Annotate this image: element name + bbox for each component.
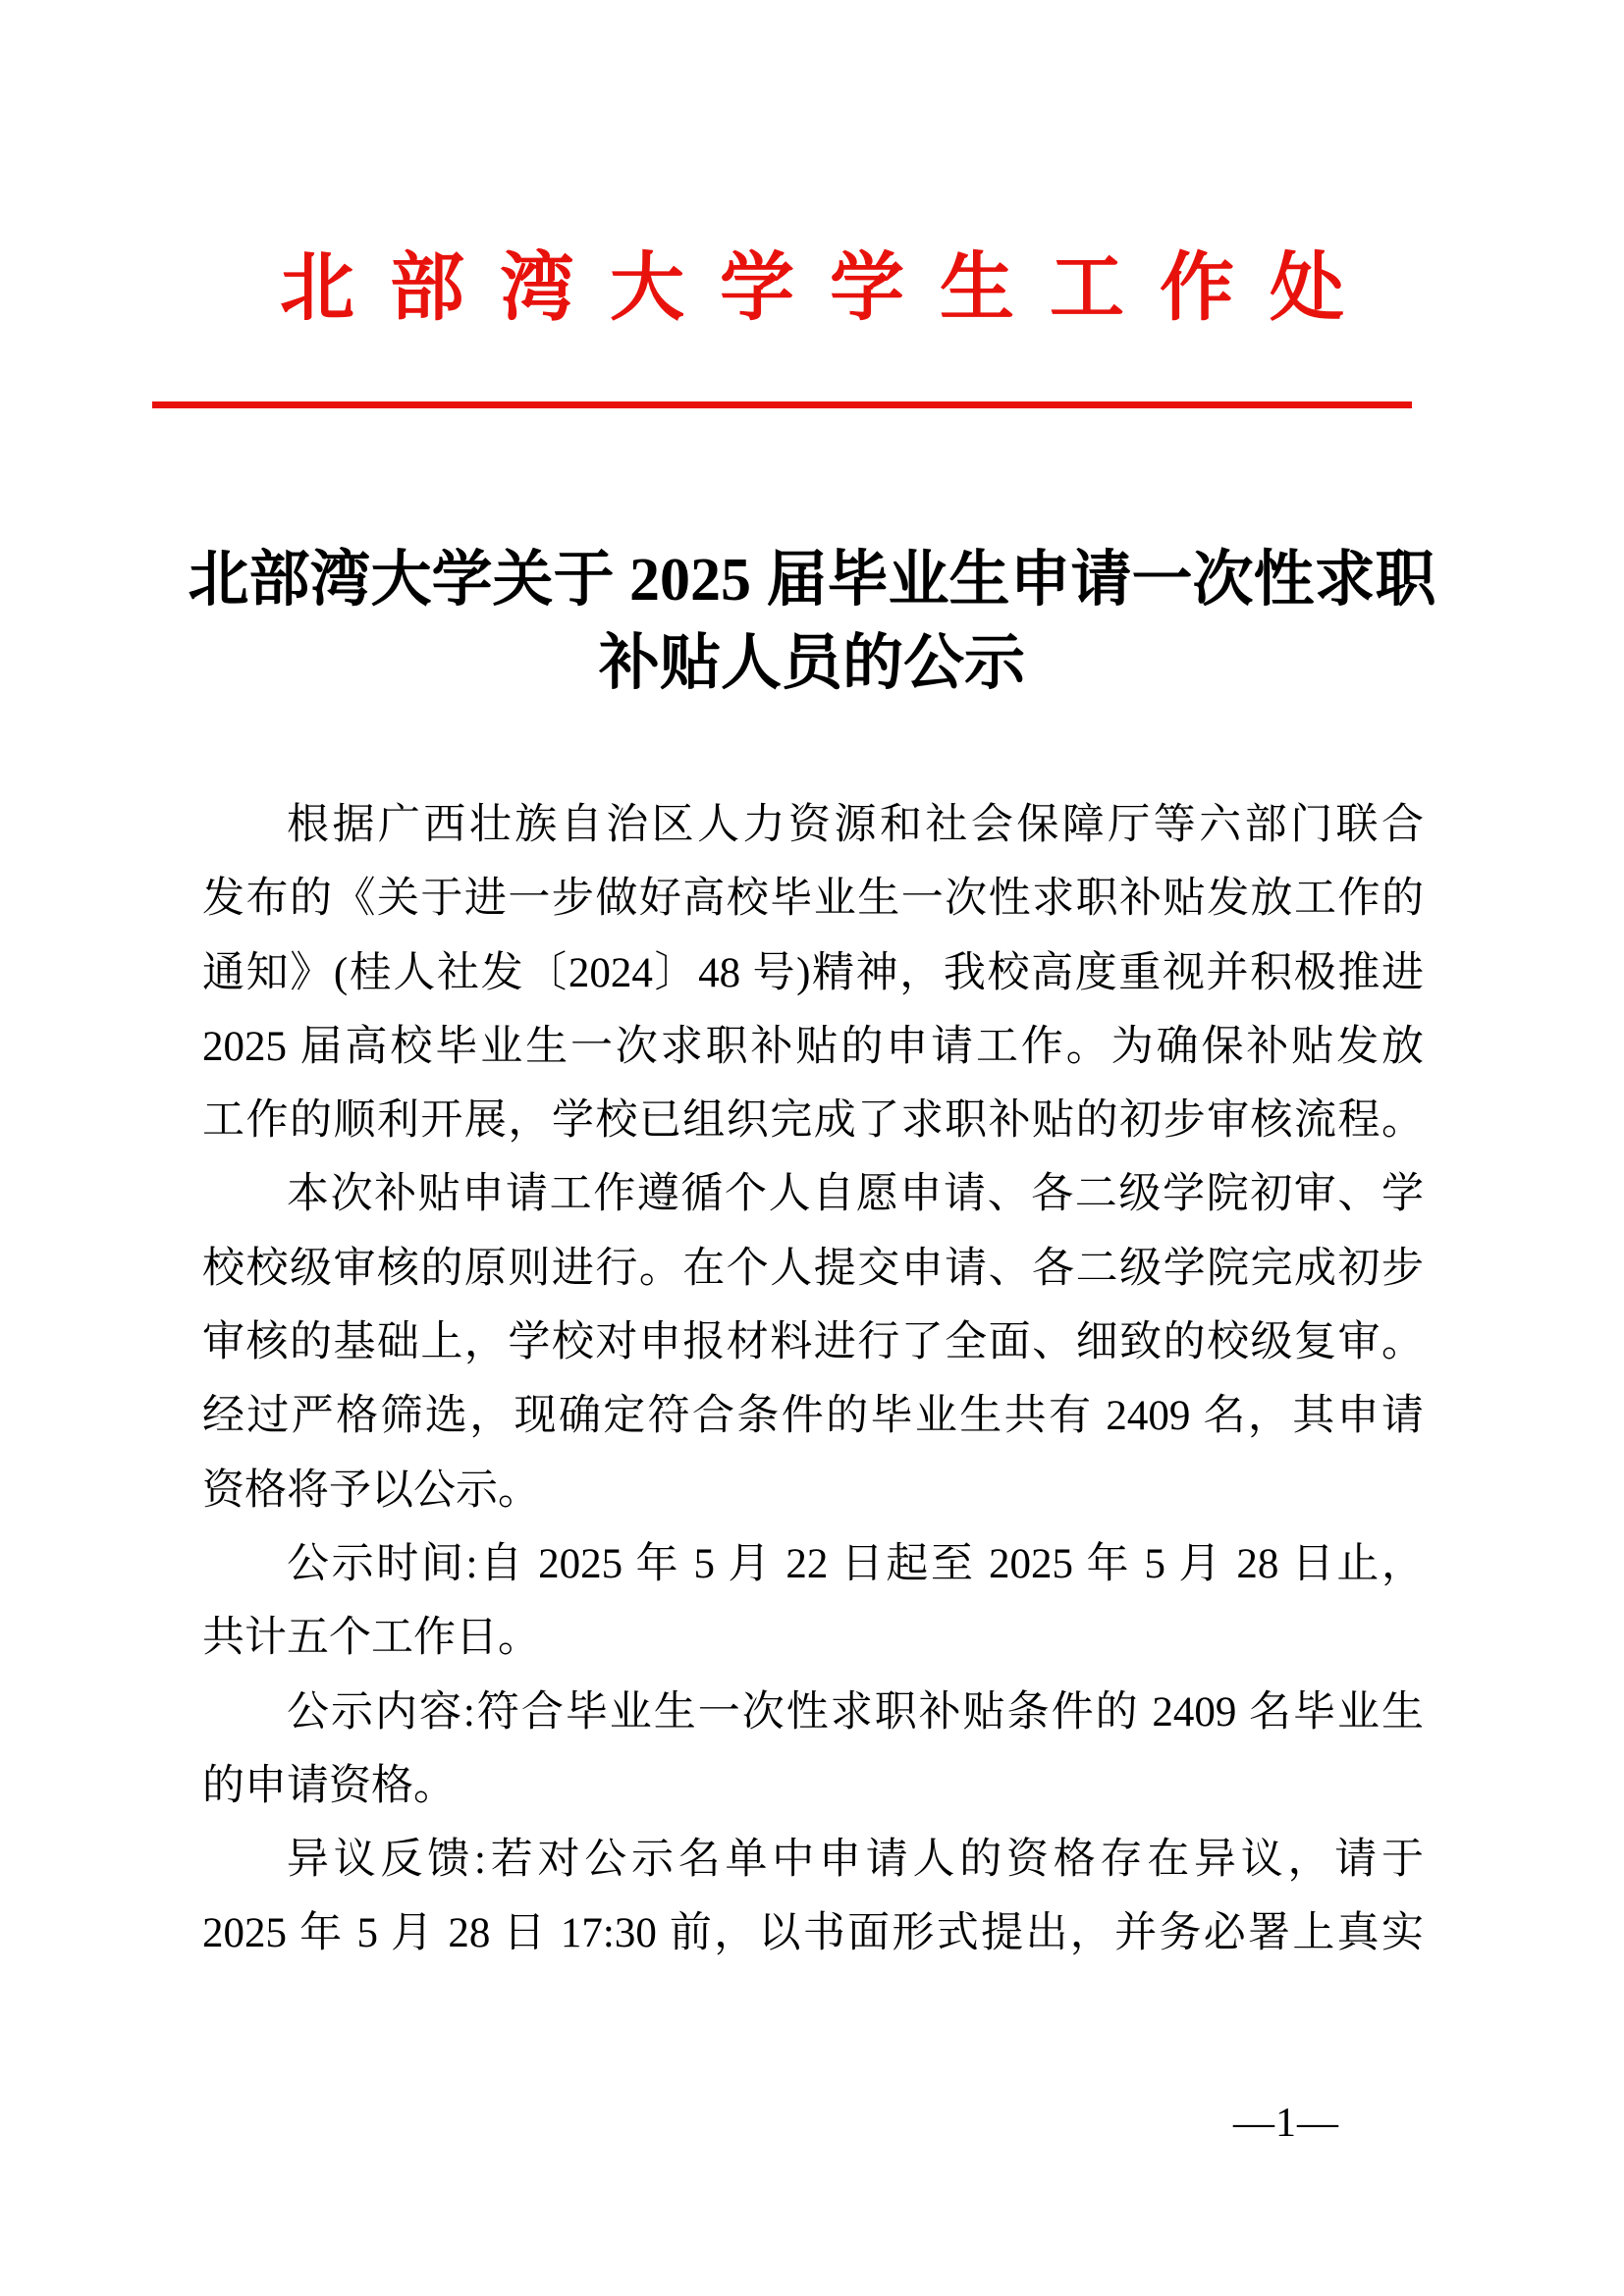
- letterhead-title: 北部湾大学学生工作处: [0, 247, 1624, 331]
- body-line: 校校级审核的原则进行。在个人提交申请、各二级学院完成初步: [202, 1232, 1424, 1306]
- body-line: 公示时间:自 2025 年 5 月 22 日起至 2025 年 5 月 28 日…: [202, 1527, 1424, 1601]
- body-line: 发布的《关于进一步做好高校毕业生一次性求职补贴发放工作的: [202, 862, 1424, 935]
- body-line: 审核的基础上，学校对申报材料进行了全面、细致的校级复审。: [202, 1306, 1424, 1379]
- document-title: 北部湾大学关于 2025 届毕业生申请一次性求职 补贴人员的公示: [88, 539, 1536, 706]
- document-title-line-2: 补贴人员的公示: [88, 622, 1536, 706]
- body-line: 根据广西壮族自治区人力资源和社会保障厅等六部门联合: [202, 788, 1424, 862]
- body-line: 2025 届高校毕业生一次求职补贴的申请工作。为确保补贴发放: [202, 1010, 1424, 1084]
- document-body: 根据广西壮族自治区人力资源和社会保障厅等六部门联合发布的《关于进一步做好高校毕业…: [202, 788, 1424, 1971]
- body-line: 异议反馈:若对公示名单中申请人的资格存在异议，请于: [202, 1823, 1424, 1896]
- body-line: 通知》(桂人社发〔2024〕48 号)精神，我校高度重视并积极推进: [202, 936, 1424, 1010]
- scanned-document-page: 北部湾大学学生工作处 北部湾大学关于 2025 届毕业生申请一次性求职 补贴人员…: [0, 0, 1624, 2296]
- body-line: 公示内容:符合毕业生一次性求职补贴条件的 2409 名毕业生: [202, 1676, 1424, 1749]
- body-line: 资格将予以公示。: [202, 1454, 1424, 1527]
- body-line: 2025 年 5 月 28 日 17:30 前，以书面形式提出，并务必署上真实: [202, 1896, 1424, 1970]
- body-line: 的申请资格。: [202, 1749, 1424, 1823]
- body-line: 共计五个工作日。: [202, 1601, 1424, 1675]
- document-title-line-1: 北部湾大学关于 2025 届毕业生申请一次性求职: [88, 539, 1536, 622]
- body-line: 经过严格筛选，现确定符合条件的毕业生共有 2409 名，其申请: [202, 1379, 1424, 1453]
- body-line: 工作的顺利开展，学校已组织完成了求职补贴的初步审核流程。: [202, 1084, 1424, 1157]
- letterhead-divider-line: [152, 401, 1412, 408]
- page-number: —1—: [1233, 2101, 1339, 2146]
- body-line: 本次补贴申请工作遵循个人自愿申请、各二级学院初审、学: [202, 1157, 1424, 1231]
